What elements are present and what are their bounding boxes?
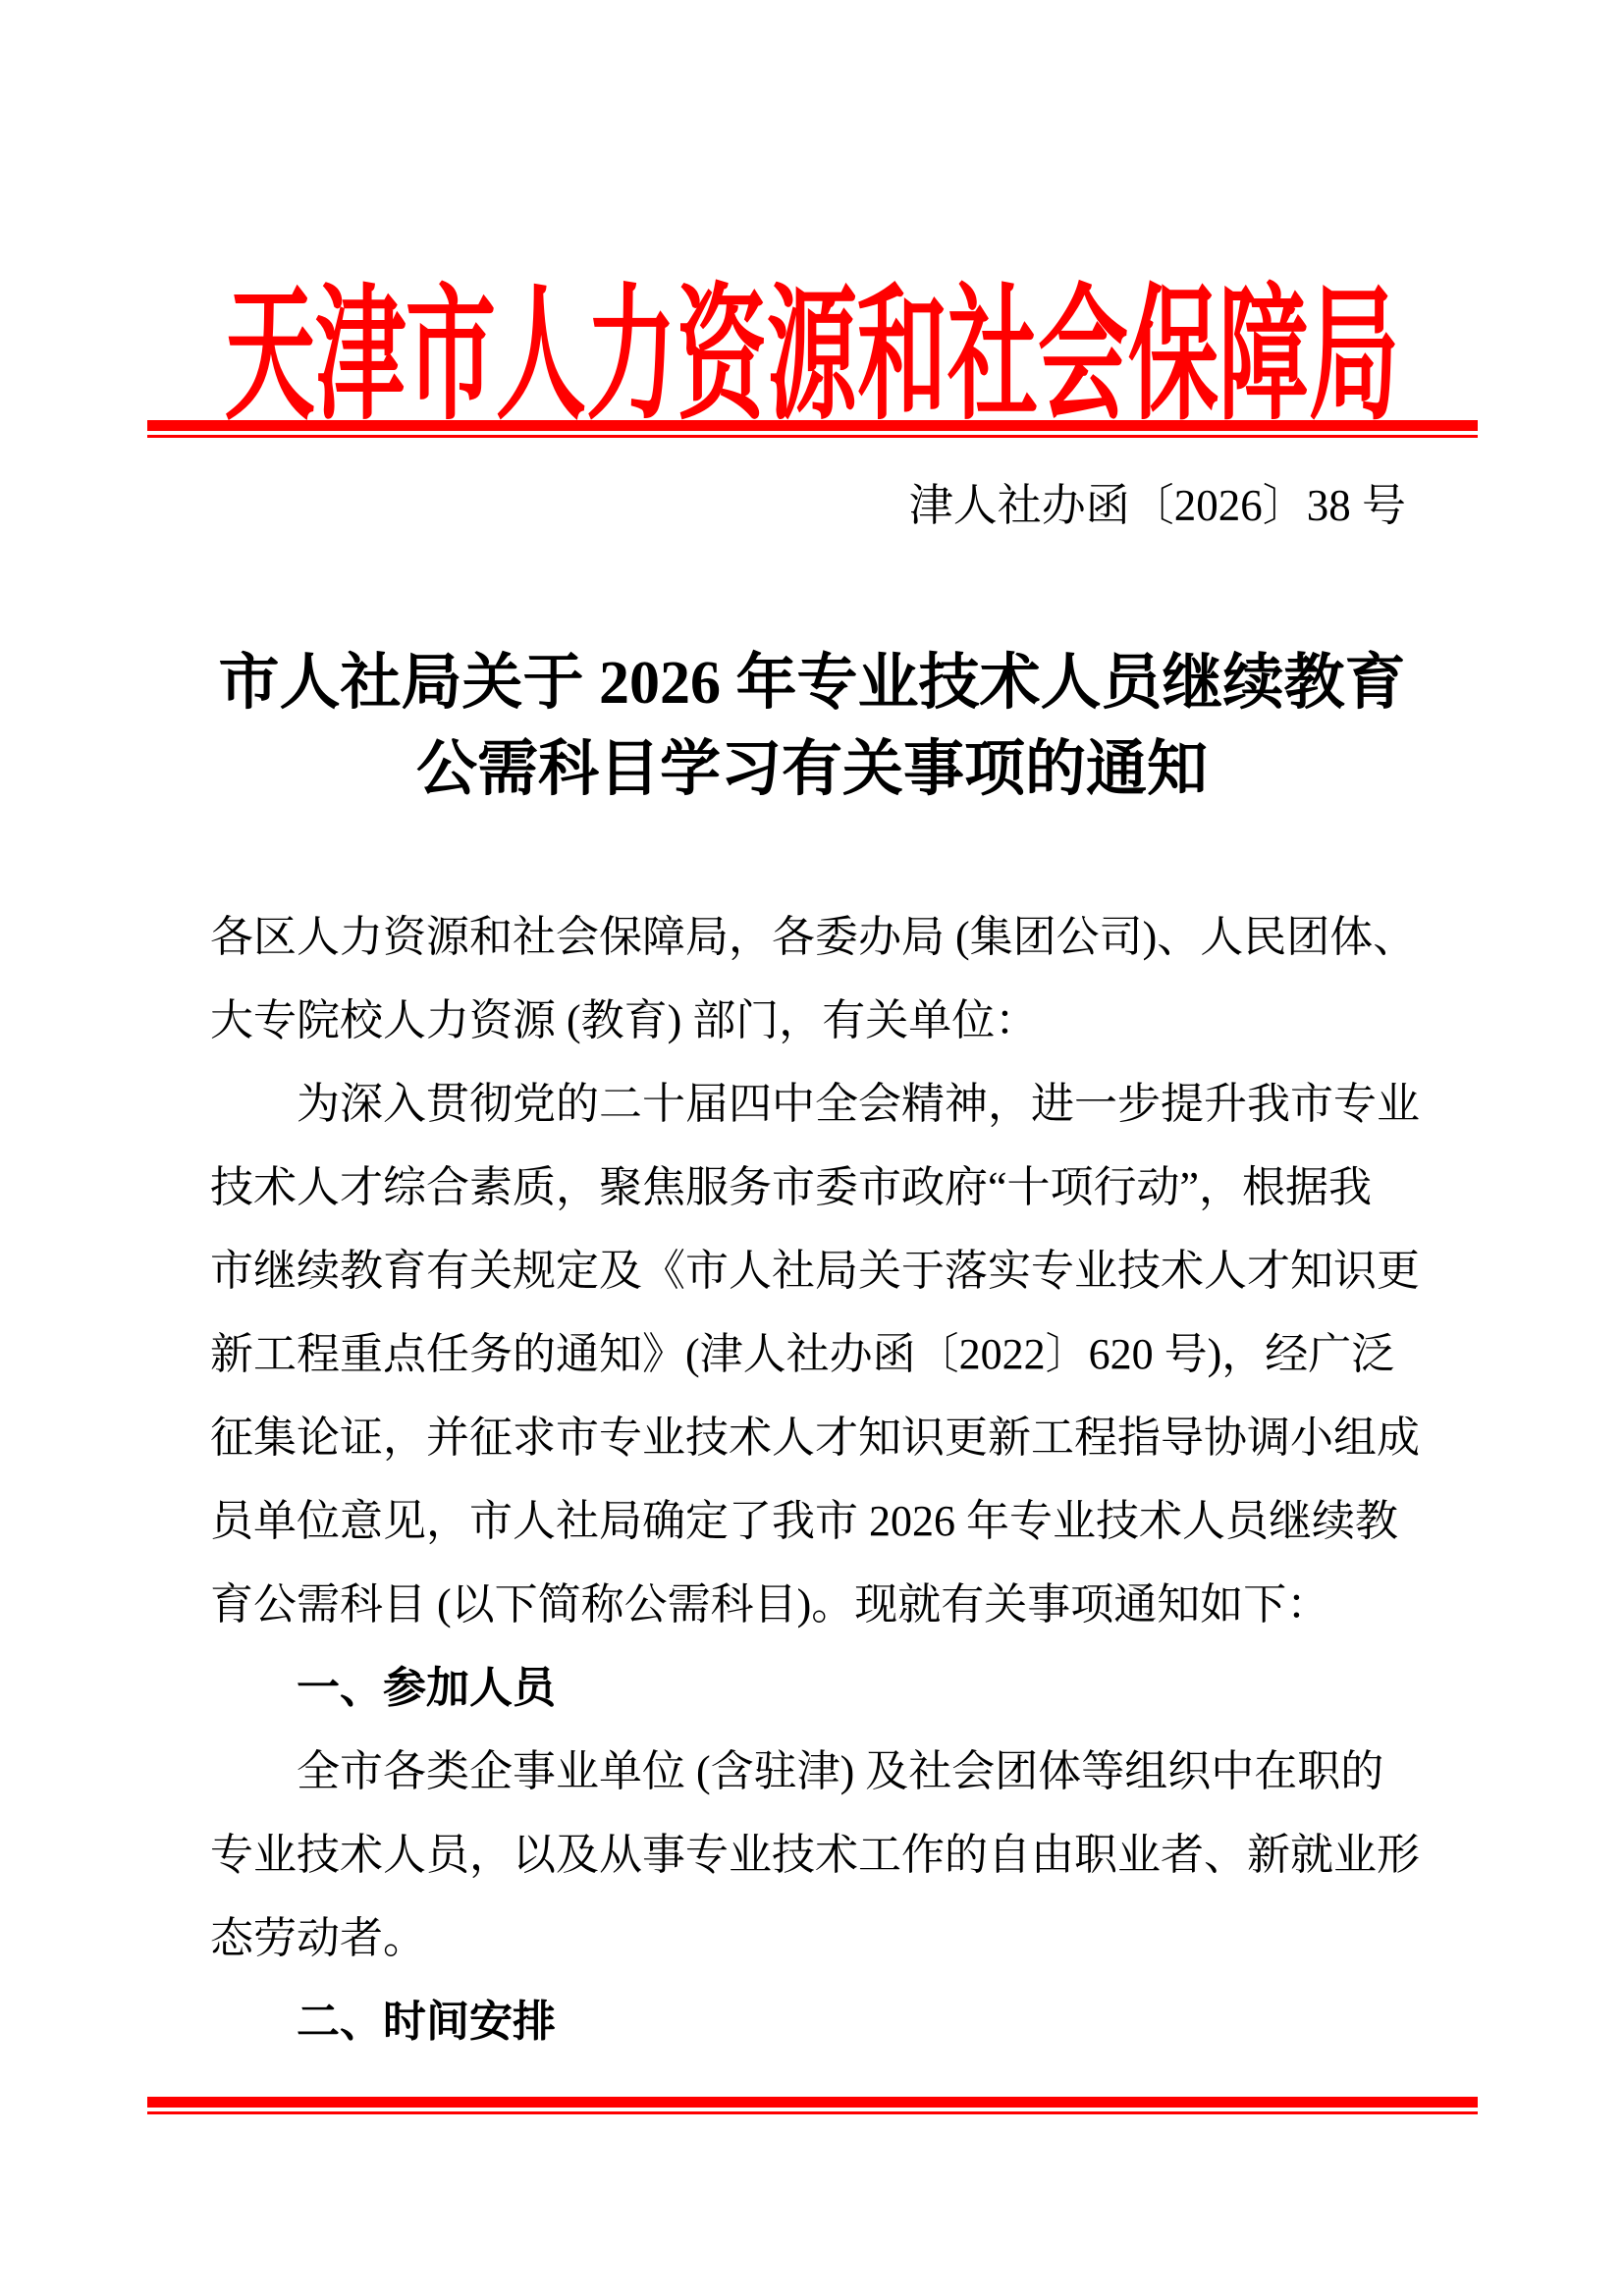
salutation-line-2: 大专院校人力资源 (教育) 部门，有关单位： [210, 979, 1420, 1062]
paragraph-2-line-1: 全市各类企事业单位 (含驻津) 及社会团体等组织中在职的 [210, 1730, 1420, 1813]
separator-thick-rule [147, 2097, 1478, 2108]
paragraph-2-line-2: 专业技术人员，以及从事专业技术工作的自由职业者、新就业形 [210, 1813, 1420, 1896]
separator-thin-rule [147, 435, 1478, 438]
paragraph-1-line-1: 为深入贯彻党的二十届四中全会精神，进一步提升我市专业 [210, 1062, 1420, 1146]
paragraph-1-line-3: 市继续教育有关规定及《市人社局关于落实专业技术人才知识更 [210, 1229, 1420, 1312]
paragraph-1-line-6: 员单位意见，市人社局确定了我市 2026 年专业技术人员继续教 [210, 1479, 1420, 1563]
paragraph-1-line-2: 技术人才综合素质，聚焦服务市委市政府“十项行动”，根据我 [210, 1146, 1420, 1229]
paragraph-1-line-7: 育公需科目 (以下简称公需科目)。现就有关事项通知如下： [210, 1563, 1420, 1646]
document-title-line-2: 公需科目学习有关事项的通知 [0, 726, 1624, 813]
paragraph-1-line-4: 新工程重点任务的通知》(津人社办函〔2022〕620 号)，经广泛 [210, 1312, 1420, 1396]
document-title: 市人社局关于 2026 年专业技术人员继续教育 公需科目学习有关事项的通知 [0, 640, 1624, 813]
paragraph-2-line-3: 态劳动者。 [210, 1896, 1420, 1980]
footer-separator-line [147, 2097, 1478, 2114]
document-reference-number: 津人社办函〔2026〕38 号 [909, 469, 1406, 533]
document-page: 天津市人力资源和社会保障局 津人社办函〔2026〕38 号 市人社局关于 202… [0, 0, 1624, 2296]
separator-thick-rule [147, 420, 1478, 431]
header-separator-line [147, 420, 1478, 438]
paragraph-1-line-5: 征集论证，并征求市专业技术人才知识更新工程指导协调小组成 [210, 1396, 1420, 1479]
section-heading-schedule: 二、时间安排 [210, 1980, 1420, 2063]
document-body: 各区人力资源和社会保障局，各委办局 (集团公司)、人民团体、 大专院校人力资源 … [210, 895, 1420, 2063]
letterhead-agency-title: 天津市人力资源和社会保障局 [0, 239, 1624, 449]
separator-thin-rule [147, 2111, 1478, 2114]
section-heading-participants: 一、参加人员 [210, 1646, 1420, 1730]
salutation-line-1: 各区人力资源和社会保障局，各委办局 (集团公司)、人民团体、 [210, 895, 1420, 979]
document-title-line-1: 市人社局关于 2026 年专业技术人员继续教育 [0, 640, 1624, 726]
